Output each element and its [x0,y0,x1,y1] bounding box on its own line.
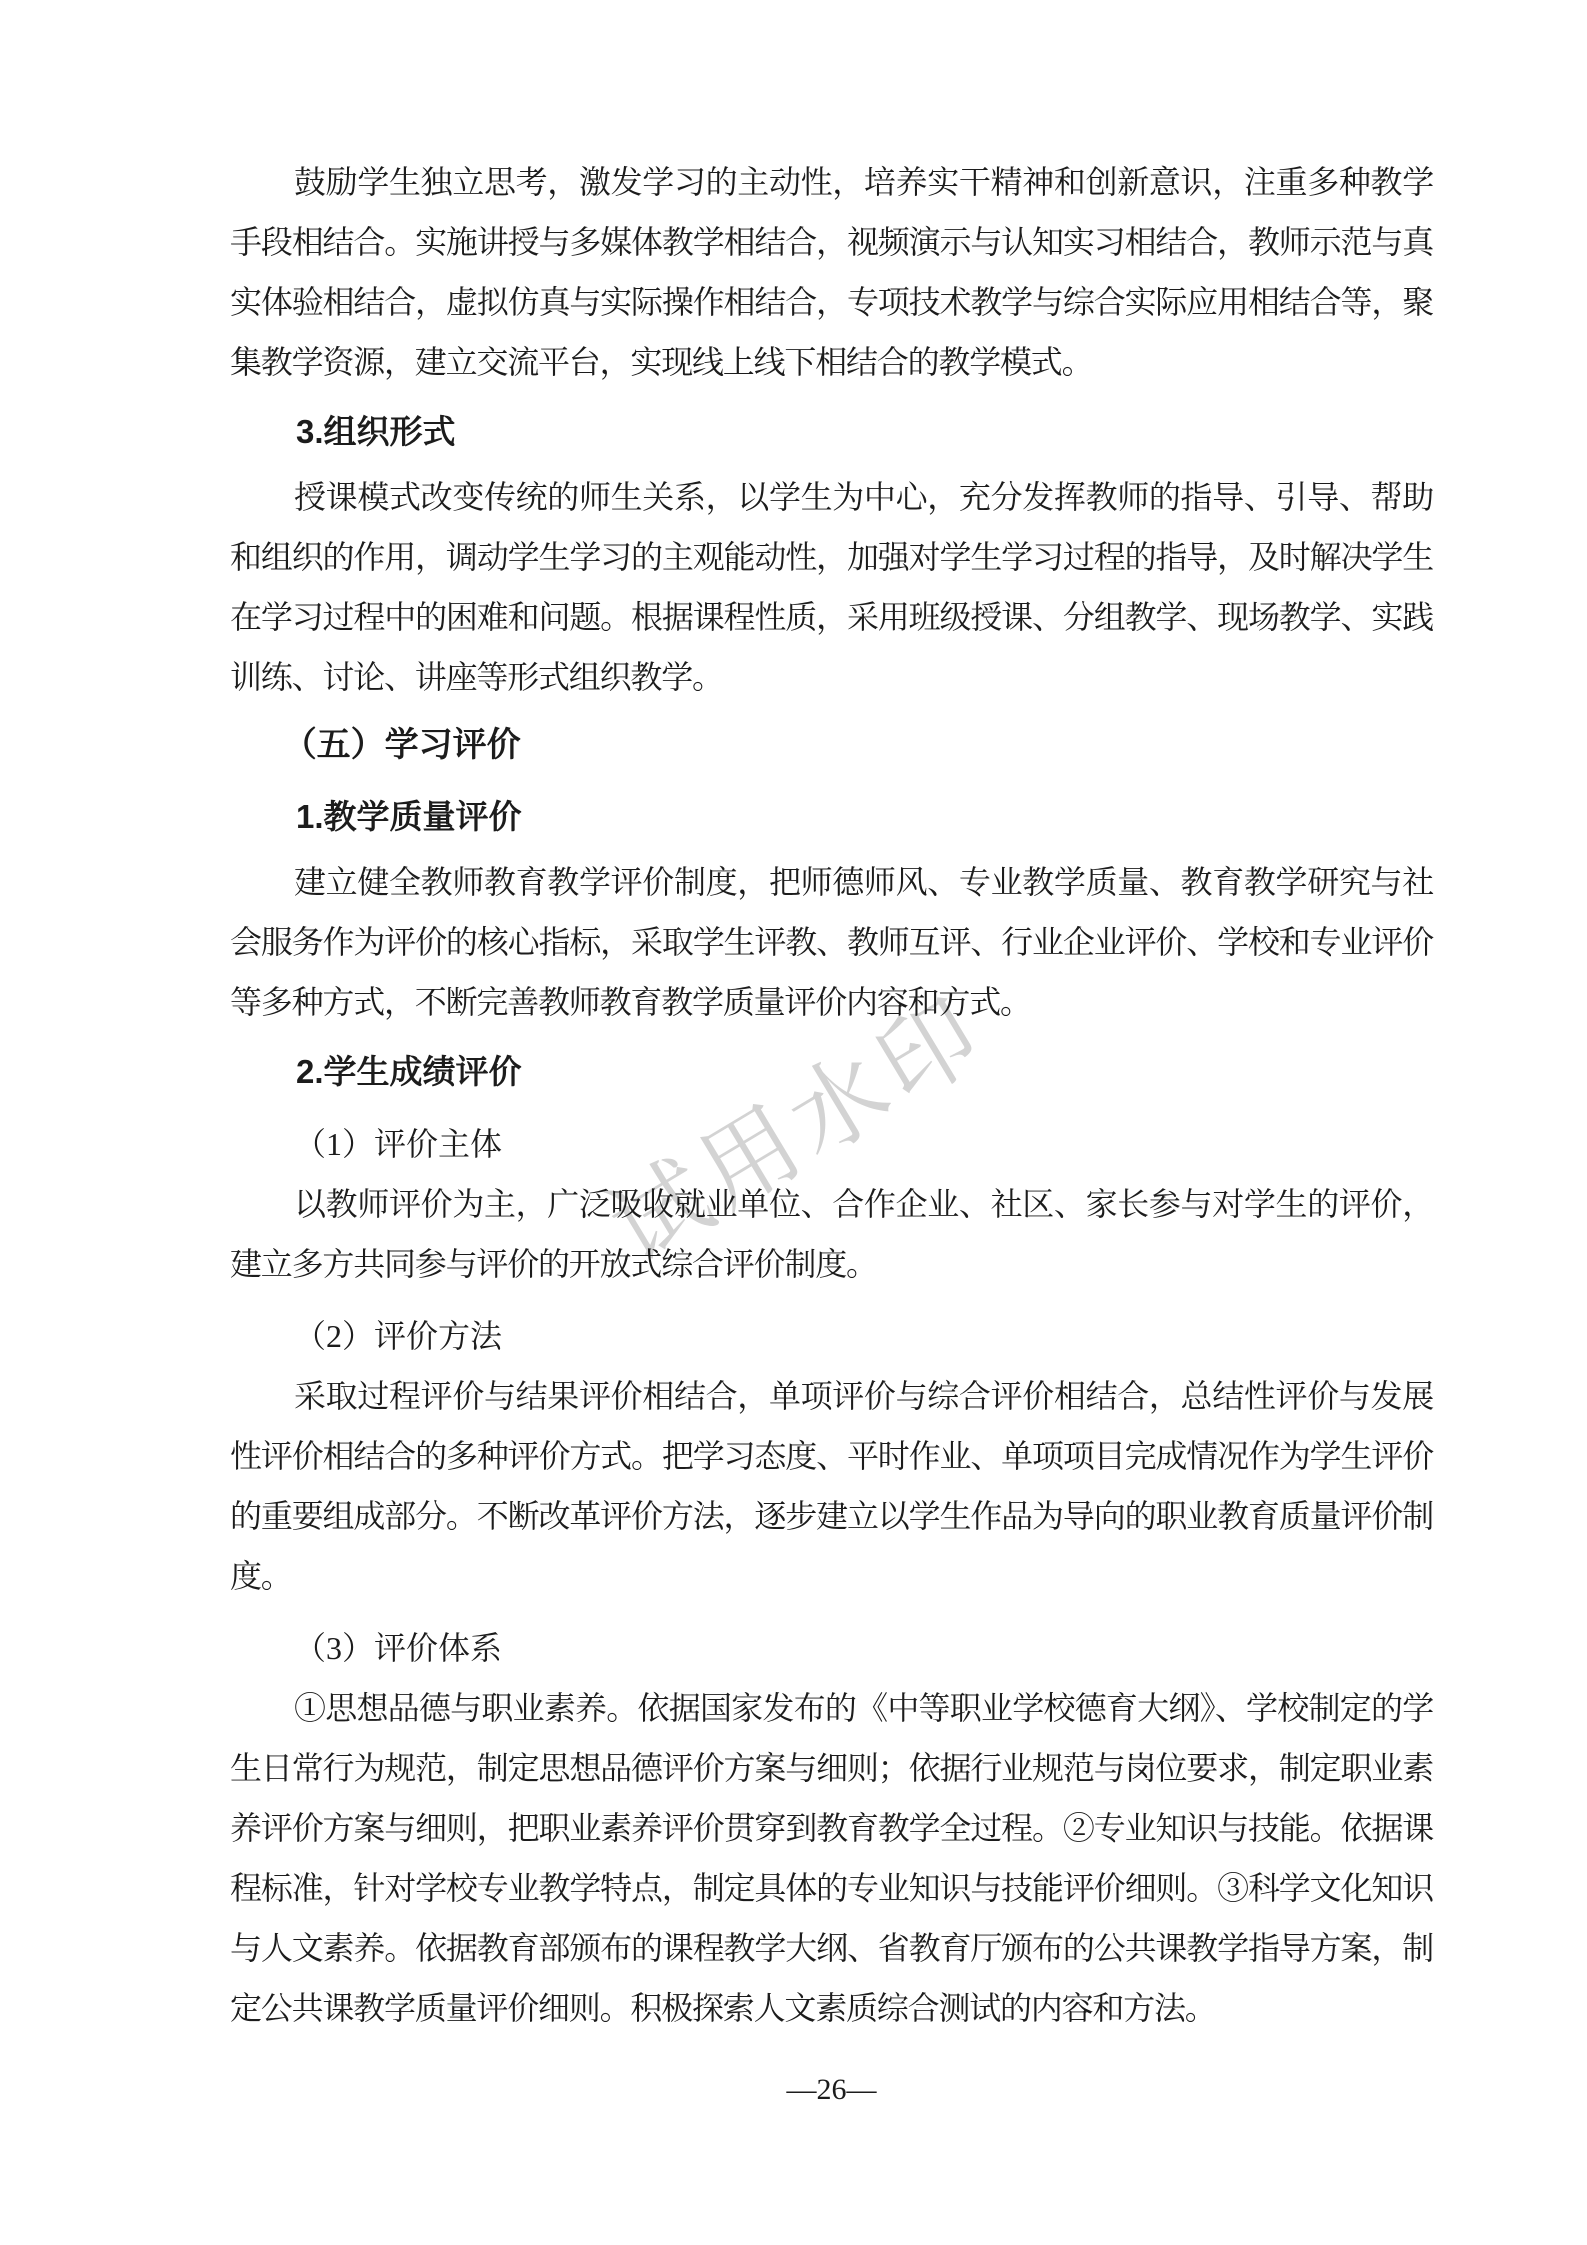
heading-student-grade-evaluation: 2.学生成绩评价 [230,1042,1433,1102]
paragraph-evaluation-subject: 以教师评价为主，广泛吸收就业单位、合作企业、社区、家长参与对学生的评价，建立多方… [230,1174,1433,1294]
page-number: —26— [230,2072,1433,2108]
paragraph-organization-form: 授课模式改变传统的师生关系，以学生为中心，充分发挥教师的指导、引导、帮助和组织的… [230,467,1433,707]
subheading-evaluation-system: （3）评价体系 [230,1618,1433,1678]
paragraph-teaching-methods: 鼓励学生独立思考，激发学习的主动性，培养实干精神和创新意识，注重多种教学手段相结… [230,152,1433,392]
heading-learning-evaluation-section: （五）学习评价 [230,715,1433,775]
subheading-evaluation-subject: （1）评价主体 [230,1114,1433,1174]
subheading-evaluation-method: （2）评价方法 [230,1306,1433,1366]
paragraph-evaluation-method: 采取过程评价与结果评价相结合，单项评价与综合评价相结合，总结性评价与发展性评价相… [230,1366,1433,1606]
paragraph-evaluation-system: ①思想品德与职业素养。依据国家发布的《中等职业学校德育大纲》、学校制定的学生日常… [230,1678,1433,2038]
document-page: 试用水印 鼓励学生独立思考，激发学习的主动性，培养实干精神和创新意识，注重多种教… [0,0,1587,2245]
paragraph-teaching-quality-evaluation: 建立健全教师教育教学评价制度，把师德师风、专业教学质量、教育教学研究与社会服务作… [230,852,1433,1032]
heading-teaching-quality-evaluation: 1.教学质量评价 [230,787,1433,847]
document-body: 鼓励学生独立思考，激发学习的主动性，培养实干精神和创新意识，注重多种教学手段相结… [230,152,1433,2038]
heading-organization-form: 3.组织形式 [230,402,1433,462]
